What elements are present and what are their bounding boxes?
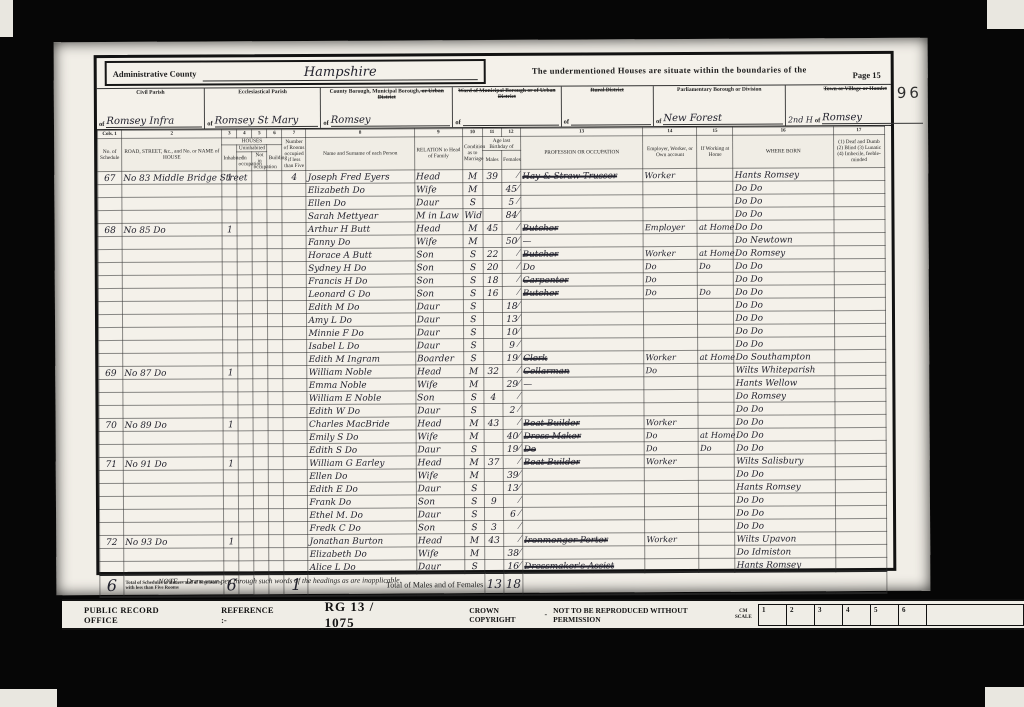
cell-name: Isabel L Do	[309, 342, 360, 352]
cell-name: Edith E Do	[309, 485, 357, 495]
cell-name: Ellen Do	[308, 199, 346, 209]
parish-field-1: Ecclesiastical ParishofRomsey St Mary	[205, 88, 321, 129]
cell-ageF: 2	[510, 406, 516, 416]
header-condition: Condition as to Marriage	[462, 137, 482, 170]
parish-field-label: Ward of Municipal Borough or of Urban Di…	[455, 88, 558, 101]
header-home: If Working at Home	[697, 135, 733, 169]
situate-text: The undermentioned Houses are situate wi…	[486, 54, 853, 86]
cell-cond: S	[470, 263, 476, 273]
cell-name: William G Earley	[309, 459, 384, 469]
cell-name: Elizabeth Do	[308, 186, 365, 196]
cell-rooms: 4	[291, 173, 297, 183]
cell-rel: Wife	[418, 549, 439, 559]
header-age-females: Females	[502, 151, 521, 170]
cell-occ: Ironmonger Porter	[524, 535, 608, 545]
cell-occ: Hay & Straw Trusser	[522, 171, 617, 181]
cell-name: Edith M Do	[308, 303, 359, 313]
page-number: Page 15	[853, 54, 891, 84]
cell-ageM: 43	[488, 419, 500, 429]
scan-corner-bottom-right	[985, 687, 1024, 707]
cell-name: Edith W Do	[309, 407, 360, 417]
cell-name: William Noble	[309, 368, 372, 378]
cell-cond: S	[471, 497, 477, 507]
cell-cond: M	[470, 471, 479, 481]
ruler-cell: 5	[871, 605, 899, 625]
cell-rel: Daur	[417, 406, 440, 416]
cell-road: No 91 Do	[125, 460, 167, 470]
cell-emp: Worker	[646, 456, 676, 466]
cell-road: No 87 Do	[124, 369, 166, 379]
cell-ageF: 38	[507, 549, 519, 559]
cell-cond: S	[470, 276, 476, 286]
cell-occ: Do	[523, 263, 535, 273]
cell-name: Edith M Ingram	[309, 355, 380, 365]
cell-rel: Wife	[418, 471, 439, 481]
cell-occ: Boat Builder	[524, 419, 580, 429]
cell-born: Do Do	[735, 275, 763, 285]
cell-name: Charles MacBride	[309, 420, 390, 430]
cell-road: No 85 Do	[124, 226, 166, 236]
parish-field-6: Town or Village or Hamlet2nd HofRomsey	[786, 85, 925, 126]
cm-scale-label: CM SCALE	[733, 609, 754, 621]
cell-name: Emma Noble	[309, 381, 367, 391]
permission-label: NOT TO BE REPRODUCED WITHOUT PERMISSION	[553, 606, 717, 624]
cell-cond: Wid	[464, 211, 482, 221]
cell-born: Do Do	[735, 288, 763, 298]
header-age-males: Males	[483, 151, 502, 170]
cell-inh: 1	[228, 368, 234, 378]
cell-born: Do Do	[736, 327, 764, 337]
scan-corner-bottom-left	[0, 689, 57, 707]
cell-ageM: 32	[487, 367, 499, 377]
cell-born: Do Do	[735, 262, 763, 272]
cell-ageM: 20	[487, 263, 499, 273]
header-uninhabited: Uninhabited	[237, 145, 267, 152]
header-inhabited: Inhabited	[222, 145, 237, 171]
cell-rel: Daur	[418, 484, 441, 494]
total-males: 13	[487, 577, 502, 591]
parish-field-5: Parliamentary Borough or DivisionofNew F…	[654, 85, 786, 126]
cell-name: Ethel M. Do	[309, 511, 362, 521]
cell-born: Do Southampton	[736, 352, 811, 362]
cell-name: Joseph Fred Eyers	[308, 173, 390, 183]
cell-rel: Daur	[417, 445, 440, 455]
cell-ageM: 22	[487, 250, 499, 260]
cell-sched: 67	[104, 174, 116, 184]
header-born: WHERE BORN	[733, 135, 833, 169]
cell-rel: Daur	[418, 562, 441, 572]
cell-emp: Do	[646, 366, 658, 376]
column-number: 5	[252, 130, 267, 138]
cell-emp: Do	[645, 262, 657, 272]
cell-ageM: 9	[491, 497, 497, 507]
cell-rel: Son	[417, 289, 434, 299]
cell-born: Do Do	[736, 470, 764, 480]
cell-ageF: 84	[506, 211, 518, 221]
cell-name: Ellen Do	[309, 472, 347, 482]
column-number: 7	[282, 129, 306, 137]
cell-rel: Head	[417, 419, 441, 429]
cell-ageF: 10	[506, 328, 518, 338]
cell-sched: 68	[104, 226, 116, 236]
cell-ageF: 16	[508, 562, 520, 572]
cell-rel: Wife	[417, 380, 438, 390]
cell-born: Wilts Upavon	[737, 534, 797, 544]
cell-occ: Do	[524, 445, 536, 455]
cell-cond: S	[471, 406, 477, 416]
parish-field-0: Civil ParishofRomsey Infra	[97, 88, 205, 129]
parish-field-value	[571, 124, 651, 125]
cell-born: Hants Romsey	[736, 482, 800, 492]
parish-field-2: County Borough, Municipal Borough, or Ur…	[321, 87, 453, 128]
admin-county-value: Hampshire	[203, 64, 478, 81]
cell-occ: Carpenter	[523, 276, 569, 286]
parish-field-label: Parliamentary Borough or Division	[656, 86, 783, 93]
cell-sched: 72	[106, 538, 118, 548]
cell-born: Do Do	[737, 522, 765, 532]
cell-rel: Daur	[417, 302, 440, 312]
cell-ageM: 4	[490, 393, 496, 403]
cell-born: Hants Wellow	[736, 378, 797, 388]
cell-emp: Worker	[646, 417, 676, 427]
cell-name: Arthur H Butt	[308, 225, 370, 235]
cell-ageF: 9	[509, 341, 515, 351]
cell-cond: S	[470, 289, 476, 299]
cell-cond: M	[468, 237, 477, 247]
cell-rel: Daur	[418, 510, 441, 520]
census-table: Cols. 1234567891011121314151617 No. of S…	[97, 126, 887, 599]
parish-field-label: Civil Parish	[99, 90, 202, 97]
cell-ageF: 39	[507, 471, 519, 481]
header-top-row: Administrative County Hampshire The unde…	[97, 54, 891, 89]
cell-inh: 1	[229, 537, 235, 547]
parish-fields: Civil ParishofRomsey InfraEcclesiastical…	[97, 85, 891, 130]
cell-cond: S	[471, 484, 477, 494]
cell-ageF: 50	[506, 237, 518, 247]
column-number: 6	[267, 130, 282, 138]
form-note: NOTE.—Draw your pen through such words o…	[158, 575, 401, 585]
cell-cond: M	[469, 380, 478, 390]
total-schedules: 6	[107, 576, 117, 595]
cell-cond: S	[470, 315, 476, 325]
cell-ageF: 5	[508, 198, 514, 208]
cell-occ: Cellarman	[523, 367, 569, 377]
column-number: 11	[482, 128, 501, 136]
cell-name: Jonathan Burton	[310, 537, 384, 547]
parish-field-label: Ecclesiastical Parish	[207, 89, 318, 96]
cell-rel: Boarder	[417, 354, 454, 364]
cell-home: Do	[700, 443, 712, 453]
cell-ageM: 16	[487, 289, 499, 299]
header-name: Name and Surname of each Person	[306, 137, 414, 171]
cell-born: Do Do	[736, 418, 764, 428]
field-annotation: 2nd H	[788, 116, 813, 124]
cell-rel: Daur	[417, 315, 440, 325]
cell-rel: Son	[417, 393, 434, 403]
parish-field-3: Ward of Municipal Borough or of Urban Di…	[453, 87, 561, 128]
cell-cond: S	[471, 393, 477, 403]
reference-label: REFERENCE :-	[221, 605, 275, 625]
cell-name: Francis H Do	[308, 277, 367, 287]
cell-cond: M	[470, 549, 479, 559]
header-schedule: No. of Schedule	[98, 138, 122, 172]
cell-occ: Boat Builder	[524, 458, 580, 468]
ruler-cell: 2	[787, 605, 815, 625]
parish-field-value: New Forest	[663, 113, 783, 125]
cell-cond: M	[469, 432, 478, 442]
cell-cond: M	[469, 367, 478, 377]
scan-corner-top-left	[0, 0, 13, 37]
cell-ageF: 18	[506, 302, 518, 312]
cell-occ: Dress Maker	[524, 432, 581, 442]
cell-occ: —	[523, 237, 532, 247]
cell-name: Emily S Do	[309, 433, 358, 443]
cell-name: Frank Do	[309, 498, 351, 508]
cell-rel: Son	[418, 523, 435, 533]
cell-ageM: 3	[491, 523, 497, 533]
cell-rel: Head	[418, 536, 442, 546]
administrative-county-box: Administrative County Hampshire	[105, 59, 486, 86]
admin-county-label: Administrative County	[113, 68, 197, 78]
column-number: 17	[833, 126, 884, 134]
cell-occ: Clerk	[523, 354, 547, 364]
cell-emp: Worker	[645, 170, 675, 180]
cell-born: Do Do	[735, 314, 763, 324]
cell-born: Do Do	[735, 223, 763, 233]
cell-cond: M	[469, 458, 478, 468]
cell-born: Do Do	[736, 340, 764, 350]
cell-ageF: 45	[506, 185, 518, 195]
crown-copyright-label: CROWN COPYRIGHT	[469, 606, 538, 624]
cell-cond: S	[470, 302, 476, 312]
cell-cond: S	[471, 510, 477, 520]
footer-bar: PUBLIC RECORD OFFICE REFERENCE :- RG 13 …	[62, 599, 1024, 630]
parish-field-value: Romsey	[822, 113, 923, 125]
reference-value: RG 13 / 1075	[325, 599, 400, 631]
cell-home: at Home	[699, 222, 735, 232]
cell-ageM: 18	[487, 276, 499, 286]
parish-field-label: Town or Village or Hamlet	[788, 86, 923, 93]
cell-rel: Head	[417, 367, 441, 377]
cell-road: No 89 Do	[125, 421, 167, 431]
column-number: 3	[222, 130, 237, 138]
parish-field-value: Romsey Infra	[106, 117, 202, 129]
cell-inh: 1	[227, 225, 233, 235]
cell-ageM: 37	[488, 458, 500, 468]
cell-born: Wilts Salisbury	[736, 456, 803, 466]
cell-name: Sydney H Do	[308, 264, 366, 274]
cell-occ: Butcher	[523, 289, 559, 299]
parish-field-4: Rural Districtof	[561, 86, 654, 126]
header-age: Age last Birthday of	[482, 136, 520, 150]
cell-cond: S	[471, 523, 477, 533]
parish-field-value: Romsey	[331, 115, 451, 127]
cell-emp: Employer	[645, 222, 685, 232]
cell-rel: Daur	[417, 341, 440, 351]
cell-born: Do Do	[736, 431, 764, 441]
cell-sched: 70	[105, 421, 117, 431]
cell-cond: S	[471, 445, 477, 455]
cell-sched: 71	[106, 460, 118, 470]
ruler-cell: 4	[843, 605, 871, 625]
header-infirmity: (1) Deaf and Dumb (2) Blind (3) Lunatic …	[833, 134, 884, 168]
cell-born: Hants Romsey	[735, 170, 799, 180]
column-number: 10	[462, 129, 482, 137]
cell-name: Minnie F Do	[309, 329, 364, 339]
cell-rel: Daur	[417, 328, 440, 338]
cell-emp: Worker	[645, 352, 675, 362]
cell-name: William E Noble	[309, 394, 381, 404]
cell-sched: 69	[105, 369, 117, 379]
cell-occ: Dressmaker's Assist	[524, 561, 614, 571]
ruler-cell: 3	[815, 605, 843, 625]
cm-ruler: 123456	[758, 604, 1024, 626]
cell-emp: Worker	[645, 248, 675, 258]
cell-name: Amy L Do	[308, 316, 352, 326]
cell-ageF: 19	[507, 445, 519, 455]
cell-ageF: 6	[510, 510, 516, 520]
column-number: 9	[414, 129, 462, 137]
cell-inh: 1	[227, 173, 233, 183]
form-frame: Administrative County Hampshire The unde…	[94, 51, 897, 575]
census-page-scan: 96 Administrative County Hampshire The u…	[54, 38, 931, 596]
cell-ageM: 39	[486, 172, 498, 182]
census-rows: 67No 83 Middle Bridge Street14Joseph Fre…	[98, 168, 887, 576]
header-road: ROAD, STREET, &c., and No. or NAME of HO…	[122, 138, 222, 172]
cell-born: Do Romsey	[736, 391, 786, 401]
cell-rel: Head	[417, 458, 441, 468]
cell-home: Do	[699, 261, 711, 271]
cell-born: Do Do	[736, 509, 764, 519]
column-number: Cols. 1	[98, 130, 122, 138]
ruler-cell-blank	[927, 605, 1023, 625]
cell-home: at Home	[699, 248, 735, 258]
scan-corner-top-right	[987, 0, 1024, 29]
cell-cond: S	[470, 250, 476, 260]
cell-emp: Do	[646, 431, 658, 441]
cell-occ: Butcher	[523, 250, 559, 260]
cell-rel: Head	[416, 172, 440, 182]
cell-name: Fredk C Do	[310, 524, 361, 534]
cell-home: at Home	[700, 430, 736, 440]
cell-ageF: 40	[507, 432, 519, 442]
cell-rel: Daur	[416, 198, 439, 208]
cell-ageF: 13	[507, 484, 519, 494]
cell-name: Leonard G Do	[308, 290, 370, 300]
cell-inh: 1	[228, 420, 234, 430]
cell-name: Fanny Do	[308, 238, 350, 248]
cell-ageM: 43	[488, 536, 500, 546]
cell-cond: S	[470, 328, 476, 338]
cell-rel: Wife	[416, 185, 437, 195]
ruler-cell: 6	[899, 605, 927, 625]
pro-office-label: PUBLIC RECORD OFFICE	[84, 605, 183, 625]
cell-cond: S	[470, 341, 476, 351]
cell-born: Do Idmiston	[737, 547, 791, 557]
cell-occ: Butcher	[522, 224, 558, 234]
cell-born: Do Do	[736, 444, 764, 454]
cell-born: Do Do	[735, 301, 763, 311]
cell-rel: M in Law	[416, 211, 459, 221]
cell-rel: Wife	[417, 432, 438, 442]
cell-born: Do Newtown	[735, 235, 793, 245]
cell-born: Wilts Whiteparish	[736, 365, 816, 375]
cell-emp: Do	[645, 275, 657, 285]
cell-cond: S	[470, 198, 476, 208]
cell-born: Hants Romsey	[737, 560, 801, 570]
cell-road: No 93 Do	[125, 538, 167, 548]
cell-home: at Home	[700, 352, 736, 362]
cell-born: Do Do	[735, 197, 763, 207]
cell-rel: Head	[416, 224, 440, 234]
cell-rel: Son	[416, 250, 433, 260]
cell-born: Do Do	[736, 496, 764, 506]
cell-occ: —	[523, 380, 532, 390]
cell-home: Do	[699, 287, 711, 297]
column-number: 4	[237, 130, 252, 138]
ruler-cell: 1	[759, 605, 787, 625]
column-number: 14	[643, 127, 697, 135]
cell-emp: Worker	[646, 534, 676, 544]
cell-ageM: 45	[487, 224, 499, 234]
cell-emp: Do	[645, 288, 657, 298]
cell-cond: M	[468, 185, 477, 195]
footer-separator: -	[544, 610, 547, 619]
cell-name: Sarah Mettyear	[308, 212, 378, 222]
cell-ageF: 19	[506, 354, 518, 364]
cell-cond: S	[470, 354, 476, 364]
cell-name: Alice L Do	[310, 563, 356, 573]
cell-rel: Son	[417, 276, 434, 286]
column-number: 12	[501, 128, 520, 136]
cell-emp: Do	[646, 444, 658, 454]
cell-name: Elizabeth Do	[310, 550, 367, 560]
header-relation: RELATION to Head of Family	[414, 137, 462, 171]
total-females: 18	[506, 577, 521, 591]
cell-born: Do Romsey	[735, 248, 785, 258]
cell-name: Horace A Butt	[308, 251, 372, 261]
cell-cond: S	[472, 562, 478, 572]
cell-born: Do Do	[735, 184, 763, 194]
header-occupation: PROFESSION OR OCCUPATION	[521, 136, 643, 170]
cell-cond: M	[470, 536, 479, 546]
cell-inh: 1	[228, 459, 234, 469]
cell-cond: M	[469, 419, 478, 429]
parish-field-value	[463, 125, 559, 127]
cell-born: Do Do	[735, 210, 763, 220]
cell-rel: Son	[416, 263, 433, 273]
column-number: 15	[697, 127, 733, 135]
cell-rel: Son	[418, 497, 435, 507]
cell-name: Edith S Do	[309, 446, 357, 456]
parish-field-value: Romsey St Mary	[215, 116, 319, 128]
cell-born: Do Do	[736, 405, 764, 415]
parish-field-label: Rural District	[563, 87, 650, 94]
cell-ageF: 29	[507, 380, 519, 390]
cell-ageF: 13	[506, 315, 518, 325]
cell-rel: Wife	[416, 237, 437, 247]
cell-cond: M	[468, 172, 477, 182]
header-employer: Employer, Worker, or Own account	[643, 135, 697, 169]
cell-cond: M	[468, 224, 477, 234]
parish-field-label: County Borough, Municipal Borough, or Ur…	[323, 88, 450, 102]
